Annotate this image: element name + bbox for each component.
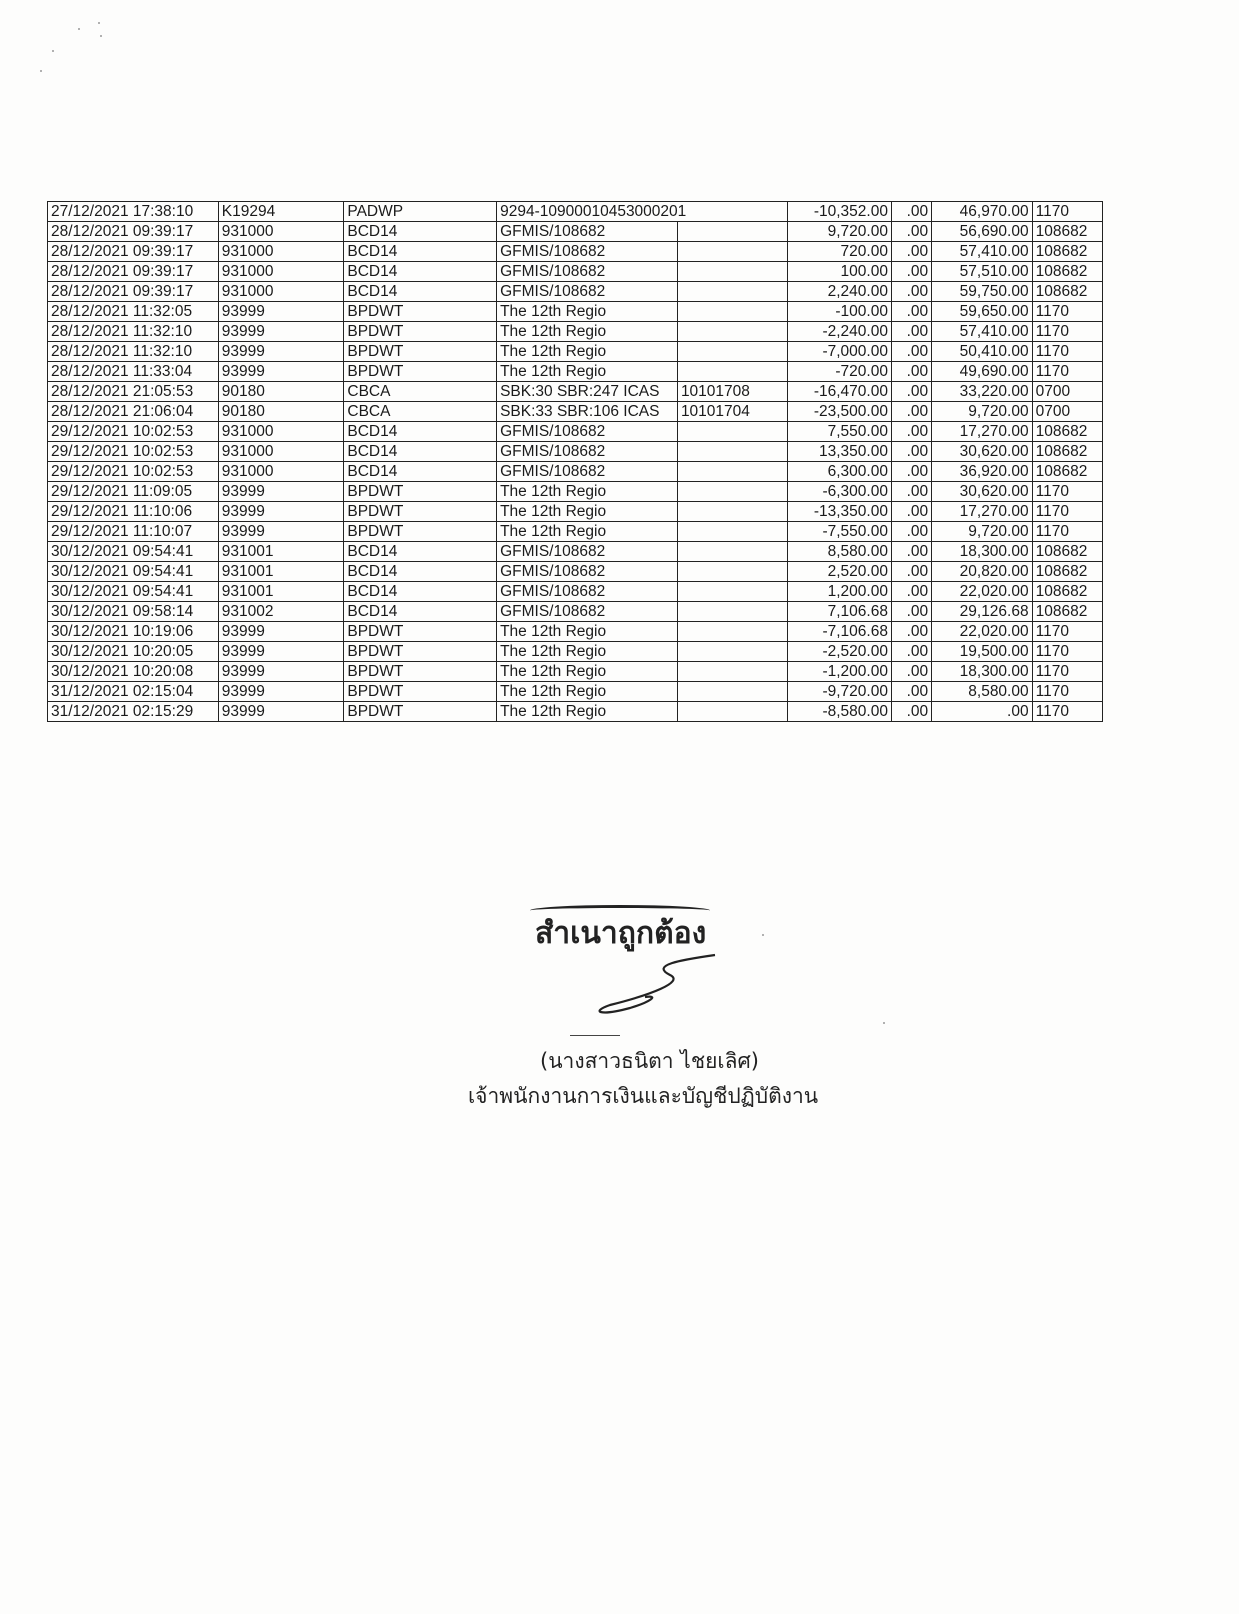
cell-amount: -6,300.00 [788,482,891,502]
cell-code: 931000 [218,282,344,302]
cell-balance: 22,020.00 [932,582,1032,602]
cell-fee: .00 [891,522,931,542]
cell-branch: 0700 [1032,382,1102,402]
table-row: 29/12/2021 11:10:0793999BPDWTThe 12th Re… [48,522,1103,542]
cell-fee: .00 [891,362,931,382]
cell-balance: 59,650.00 [932,302,1032,322]
cell-amount: 1,200.00 [788,582,891,602]
cell-branch: 108682 [1032,262,1102,282]
cell-fee: .00 [891,622,931,642]
cell-balance: 36,920.00 [932,462,1032,482]
cell-description: The 12th Regio [497,522,678,542]
cell-code: 93999 [218,502,344,522]
cell-branch: 1170 [1032,682,1102,702]
cell-description: SBK:33 SBR:106 ICAS [497,402,678,422]
cell-balance: 17,270.00 [932,422,1032,442]
cell-code: 931000 [218,422,344,442]
cell-code: 93999 [218,662,344,682]
cell-code: 931000 [218,222,344,242]
cell-datetime: 28/12/2021 21:05:53 [48,382,219,402]
cell-type: BPDWT [344,682,497,702]
cell-type: CBCA [344,402,497,422]
cell-reference [677,562,788,582]
cell-code: 93999 [218,682,344,702]
cell-amount: -13,350.00 [788,502,891,522]
cell-reference [677,502,788,522]
cell-fee: .00 [891,542,931,562]
table-row: 29/12/2021 10:02:53931000BCD14GFMIS/1086… [48,442,1103,462]
cell-branch: 1170 [1032,342,1102,362]
cell-reference [677,522,788,542]
cell-datetime: 30/12/2021 09:54:41 [48,542,219,562]
cell-fee: .00 [891,402,931,422]
table-row: 30/12/2021 09:54:41931001BCD14GFMIS/1086… [48,562,1103,582]
cell-type: PADWP [344,202,497,222]
cell-datetime: 30/12/2021 09:58:14 [48,602,219,622]
table-row: 28/12/2021 09:39:17931000BCD14GFMIS/1086… [48,242,1103,262]
cell-fee: .00 [891,642,931,662]
cell-fee: .00 [891,582,931,602]
cell-balance: 59,750.00 [932,282,1032,302]
cell-amount: 100.00 [788,262,891,282]
cell-type: BCD14 [344,242,497,262]
cell-description: 9294-10900010453000201 [497,202,788,222]
cell-reference [677,322,788,342]
cell-code: 93999 [218,522,344,542]
signature-icon [590,950,730,1020]
cell-branch: 108682 [1032,542,1102,562]
cell-type: BCD14 [344,422,497,442]
table-row: 30/12/2021 10:19:0693999BPDWTThe 12th Re… [48,622,1103,642]
table-row: 27/12/2021 17:38:10K19294PADWP9294-10900… [48,202,1103,222]
cell-balance: 18,300.00 [932,542,1032,562]
scanned-page: 27/12/2021 17:38:10K19294PADWP9294-10900… [0,0,1239,1614]
cell-fee: .00 [891,342,931,362]
cell-fee: .00 [891,562,931,582]
cell-description: GFMIS/108682 [497,242,678,262]
cell-code: 93999 [218,302,344,322]
cell-balance: 17,270.00 [932,502,1032,522]
cell-reference [677,242,788,262]
cell-code: 931000 [218,442,344,462]
cell-reference [677,682,788,702]
cell-branch: 1170 [1032,302,1102,322]
table-row: 28/12/2021 21:06:0490180CBCASBK:33 SBR:1… [48,402,1103,422]
cell-balance: 57,510.00 [932,262,1032,282]
cell-amount: 2,520.00 [788,562,891,582]
cell-fee: .00 [891,482,931,502]
table-row: 29/12/2021 10:02:53931000BCD14GFMIS/1086… [48,422,1103,442]
cell-balance: 29,126.68 [932,602,1032,622]
cell-reference [677,442,788,462]
cell-reference [677,582,788,602]
table-row: 29/12/2021 11:09:0593999BPDWTThe 12th Re… [48,482,1103,502]
cell-branch: 1170 [1032,642,1102,662]
cell-description: GFMIS/108682 [497,462,678,482]
cell-reference: 10101708 [677,382,788,402]
cell-description: GFMIS/108682 [497,542,678,562]
cell-type: BPDWT [344,302,497,322]
cell-balance: .00 [932,702,1032,722]
cell-type: BPDWT [344,502,497,522]
cell-datetime: 28/12/2021 11:32:10 [48,322,219,342]
cell-branch: 108682 [1032,222,1102,242]
cell-type: BPDWT [344,522,497,542]
cell-amount: 7,550.00 [788,422,891,442]
cell-description: The 12th Regio [497,482,678,502]
cell-description: The 12th Regio [497,302,678,322]
cell-reference [677,462,788,482]
cell-balance: 57,410.00 [932,322,1032,342]
cell-branch: 1170 [1032,662,1102,682]
cell-amount: 13,350.00 [788,442,891,462]
cell-datetime: 27/12/2021 17:38:10 [48,202,219,222]
cell-code: 93999 [218,322,344,342]
cell-datetime: 28/12/2021 09:39:17 [48,282,219,302]
cell-fee: .00 [891,322,931,342]
cell-reference [677,642,788,662]
scan-speck [100,35,102,37]
cell-description: The 12th Regio [497,362,678,382]
cell-fee: .00 [891,682,931,702]
cell-amount: -2,520.00 [788,642,891,662]
cell-datetime: 30/12/2021 10:20:08 [48,662,219,682]
cell-branch: 108682 [1032,462,1102,482]
cell-branch: 108682 [1032,562,1102,582]
cell-branch: 108682 [1032,602,1102,622]
cell-reference: 10101704 [677,402,788,422]
cell-code: 93999 [218,482,344,502]
cell-datetime: 28/12/2021 11:32:05 [48,302,219,322]
table-row: 28/12/2021 11:32:1093999BPDWTThe 12th Re… [48,342,1103,362]
cell-description: GFMIS/108682 [497,562,678,582]
table-row: 28/12/2021 11:32:1093999BPDWTThe 12th Re… [48,322,1103,342]
scan-speck [98,22,100,24]
cell-amount: -720.00 [788,362,891,382]
signer-position: เจ้าพนักงานการเงินและบัญชีปฏิบัติงาน [468,1080,818,1113]
cell-datetime: 28/12/2021 11:32:10 [48,342,219,362]
cell-description: GFMIS/108682 [497,422,678,442]
cell-type: BPDWT [344,362,497,382]
cell-description: GFMIS/108682 [497,222,678,242]
table-row: 30/12/2021 09:54:41931001BCD14GFMIS/1086… [48,582,1103,602]
table-row: 29/12/2021 11:10:0693999BPDWTThe 12th Re… [48,502,1103,522]
signature-line [570,1035,620,1036]
cell-type: BCD14 [344,582,497,602]
cell-amount: -7,550.00 [788,522,891,542]
cell-datetime: 29/12/2021 10:02:53 [48,422,219,442]
cell-branch: 1170 [1032,202,1102,222]
cell-reference [677,362,788,382]
cell-datetime: 29/12/2021 10:02:53 [48,442,219,462]
cell-type: BCD14 [344,442,497,462]
cell-amount: 8,580.00 [788,542,891,562]
cell-branch: 108682 [1032,282,1102,302]
cell-amount: 7,106.68 [788,602,891,622]
cell-datetime: 31/12/2021 02:15:04 [48,682,219,702]
cell-description: GFMIS/108682 [497,282,678,302]
scan-speck [52,50,54,52]
cell-fee: .00 [891,662,931,682]
cell-description: The 12th Regio [497,662,678,682]
cell-code: 931000 [218,462,344,482]
cell-fee: .00 [891,502,931,522]
cell-description: GFMIS/108682 [497,262,678,282]
table-row: 29/12/2021 10:02:53931000BCD14GFMIS/1086… [48,462,1103,482]
cell-datetime: 28/12/2021 09:39:17 [48,262,219,282]
cell-description: SBK:30 SBR:247 ICAS [497,382,678,402]
table-row: 30/12/2021 10:20:0893999BPDWTThe 12th Re… [48,662,1103,682]
cell-description: The 12th Regio [497,642,678,662]
cell-code: 931000 [218,262,344,282]
cell-fee: .00 [891,202,931,222]
cell-amount: -2,240.00 [788,322,891,342]
cell-type: BPDWT [344,322,497,342]
cell-branch: 1170 [1032,362,1102,382]
cell-reference [677,702,788,722]
signer-name: (นางสาวธนิตา ไชยเลิศ) [540,1045,759,1078]
cell-fee: .00 [891,382,931,402]
cell-datetime: 28/12/2021 09:39:17 [48,222,219,242]
cell-balance: 9,720.00 [932,522,1032,542]
cell-type: BPDWT [344,482,497,502]
cell-fee: .00 [891,302,931,322]
cell-datetime: 28/12/2021 11:33:04 [48,362,219,382]
table-row: 28/12/2021 09:39:17931000BCD14GFMIS/1086… [48,282,1103,302]
transaction-table: 27/12/2021 17:38:10K19294PADWP9294-10900… [47,201,1103,722]
cell-description: The 12th Regio [497,702,678,722]
cell-balance: 56,690.00 [932,222,1032,242]
cell-balance: 22,020.00 [932,622,1032,642]
scan-speck [78,28,80,30]
table-row: 31/12/2021 02:15:2993999BPDWTThe 12th Re… [48,702,1103,722]
cell-branch: 1170 [1032,502,1102,522]
cell-balance: 50,410.00 [932,342,1032,362]
cell-datetime: 30/12/2021 09:54:41 [48,582,219,602]
cell-branch: 0700 [1032,402,1102,422]
cell-type: BCD14 [344,542,497,562]
cell-balance: 57,410.00 [932,242,1032,262]
cell-type: BCD14 [344,262,497,282]
cell-balance: 20,820.00 [932,562,1032,582]
cell-datetime: 29/12/2021 10:02:53 [48,462,219,482]
cell-reference [677,482,788,502]
table-row: 28/12/2021 09:39:17931000BCD14GFMIS/1086… [48,262,1103,282]
scan-speck [883,1022,885,1024]
cell-balance: 33,220.00 [932,382,1032,402]
cell-fee: .00 [891,262,931,282]
cell-amount: 6,300.00 [788,462,891,482]
cell-amount: -9,720.00 [788,682,891,702]
cell-datetime: 30/12/2021 10:19:06 [48,622,219,642]
cell-amount: 2,240.00 [788,282,891,302]
cell-code: 93999 [218,342,344,362]
cell-balance: 49,690.00 [932,362,1032,382]
cell-datetime: 30/12/2021 09:54:41 [48,562,219,582]
cell-amount: -7,106.68 [788,622,891,642]
cell-amount: -100.00 [788,302,891,322]
cell-balance: 8,580.00 [932,682,1032,702]
cell-fee: .00 [891,222,931,242]
cell-code: 931001 [218,542,344,562]
table-row: 30/12/2021 09:58:14931002BCD14GFMIS/1086… [48,602,1103,622]
cell-code: 93999 [218,702,344,722]
table-row: 28/12/2021 21:05:5390180CBCASBK:30 SBR:2… [48,382,1103,402]
cell-datetime: 29/12/2021 11:10:06 [48,502,219,522]
cell-type: BCD14 [344,462,497,482]
cell-fee: .00 [891,282,931,302]
cell-amount: -8,580.00 [788,702,891,722]
cell-type: BPDWT [344,622,497,642]
cell-fee: .00 [891,702,931,722]
cell-code: 931001 [218,562,344,582]
cell-reference [677,422,788,442]
cell-fee: .00 [891,422,931,442]
cell-code: 931001 [218,582,344,602]
cell-branch: 108682 [1032,422,1102,442]
cell-description: The 12th Regio [497,342,678,362]
cell-balance: 9,720.00 [932,402,1032,422]
cell-amount: -1,200.00 [788,662,891,682]
cell-balance: 19,500.00 [932,642,1032,662]
cell-fee: .00 [891,242,931,262]
cell-branch: 108682 [1032,582,1102,602]
cell-amount: -16,470.00 [788,382,891,402]
cell-balance: 30,620.00 [932,482,1032,502]
cell-reference [677,542,788,562]
cell-type: BCD14 [344,562,497,582]
cell-type: CBCA [344,382,497,402]
cell-reference [677,662,788,682]
table-row: 28/12/2021 11:32:0593999BPDWTThe 12th Re… [48,302,1103,322]
table-row: 30/12/2021 09:54:41931001BCD14GFMIS/1086… [48,542,1103,562]
cell-type: BCD14 [344,222,497,242]
cell-reference [677,302,788,322]
cell-branch: 1170 [1032,702,1102,722]
cell-description: GFMIS/108682 [497,582,678,602]
cell-fee: .00 [891,462,931,482]
cell-type: BPDWT [344,342,497,362]
cell-fee: .00 [891,442,931,462]
cell-description: The 12th Regio [497,502,678,522]
scan-speck [40,70,42,72]
table-row: 28/12/2021 11:33:0493999BPDWTThe 12th Re… [48,362,1103,382]
scan-speck [762,934,764,936]
table-row: 31/12/2021 02:15:0493999BPDWTThe 12th Re… [48,682,1103,702]
cell-type: BCD14 [344,282,497,302]
cell-amount: -7,000.00 [788,342,891,362]
cell-description: GFMIS/108682 [497,442,678,462]
cell-type: BPDWT [344,662,497,682]
cell-reference [677,262,788,282]
cell-balance: 18,300.00 [932,662,1032,682]
cell-datetime: 29/12/2021 11:10:07 [48,522,219,542]
cell-balance: 30,620.00 [932,442,1032,462]
cell-reference [677,282,788,302]
cell-reference [677,342,788,362]
cell-amount: 720.00 [788,242,891,262]
cell-branch: 108682 [1032,442,1102,462]
cell-amount: -23,500.00 [788,402,891,422]
cell-branch: 1170 [1032,522,1102,542]
cell-datetime: 30/12/2021 10:20:05 [48,642,219,662]
cell-code: 931002 [218,602,344,622]
cell-code: K19294 [218,202,344,222]
cell-datetime: 28/12/2021 09:39:17 [48,242,219,262]
cell-branch: 1170 [1032,482,1102,502]
cell-type: BCD14 [344,602,497,622]
cell-branch: 1170 [1032,322,1102,342]
cell-reference [677,602,788,622]
cell-branch: 1170 [1032,622,1102,642]
cell-amount: 9,720.00 [788,222,891,242]
cell-code: 93999 [218,362,344,382]
cell-description: The 12th Regio [497,622,678,642]
cell-description: The 12th Regio [497,322,678,342]
cell-code: 931000 [218,242,344,262]
cell-reference [677,222,788,242]
cell-code: 90180 [218,382,344,402]
cell-type: BPDWT [344,642,497,662]
cell-fee: .00 [891,602,931,622]
cell-datetime: 28/12/2021 21:06:04 [48,402,219,422]
cell-amount: -10,352.00 [788,202,891,222]
cell-branch: 108682 [1032,242,1102,262]
cell-datetime: 31/12/2021 02:15:29 [48,702,219,722]
cell-balance: 46,970.00 [932,202,1032,222]
cell-code: 93999 [218,622,344,642]
cell-type: BPDWT [344,702,497,722]
table-row: 30/12/2021 10:20:0593999BPDWTThe 12th Re… [48,642,1103,662]
cell-code: 93999 [218,642,344,662]
cell-description: The 12th Regio [497,682,678,702]
cell-description: GFMIS/108682 [497,602,678,622]
cell-datetime: 29/12/2021 11:09:05 [48,482,219,502]
table-row: 28/12/2021 09:39:17931000BCD14GFMIS/1086… [48,222,1103,242]
cell-code: 90180 [218,402,344,422]
cell-reference [677,622,788,642]
